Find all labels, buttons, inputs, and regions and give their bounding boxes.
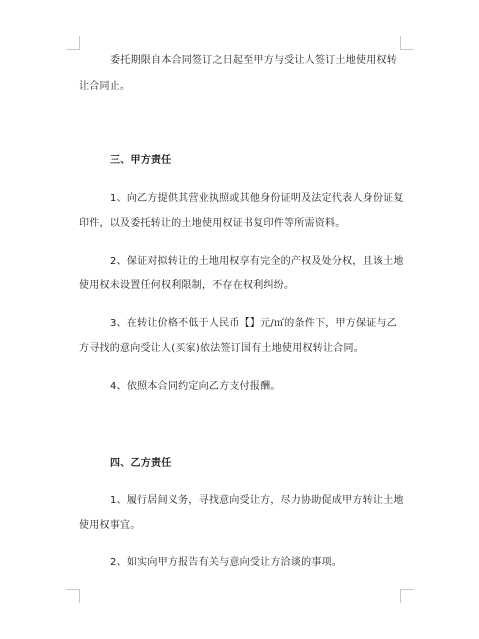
party-a-item-2-line-2: 使用权未设置任何权利限制，不存在权利纠纷。 xyxy=(79,279,401,293)
party-b-item-1-line-1: 1、履行居间义务，寻找意向受让方，尽力协助促成甲方转让土地 xyxy=(110,494,401,508)
party-a-item-3-line-1: 3、在转让价格不低于人民币【】元/㎡的条件下，甲方保证与乙 xyxy=(110,317,401,331)
paragraph-term-line-1: 委托期限自本合同签订之日起至甲方与受让人签订土地使用权转 xyxy=(110,54,401,68)
margin-corner-top-left xyxy=(66,36,80,50)
margin-corner-top-right xyxy=(400,36,414,50)
party-b-item-1-line-2: 使用权事宜。 xyxy=(79,519,401,533)
section-heading-party-b: 四、乙方责任 xyxy=(110,457,401,471)
margin-corner-bottom-left xyxy=(66,589,80,603)
paragraph-term-line-2: 让合同止。 xyxy=(79,80,401,94)
party-a-item-4-line-1: 4、依照本合同约定向乙方支付报酬。 xyxy=(110,380,401,394)
margin-corner-bottom-right xyxy=(400,589,414,603)
section-heading-party-a: 三、甲方责任 xyxy=(110,154,401,168)
party-a-item-2-line-1: 2、保证对拟转让的土地用权享有完全的产权及处分权，且该土地 xyxy=(110,255,401,269)
document-page: 委托期限自本合同签订之日起至甲方与受让人签订土地使用权转 让合同止。 三、甲方责… xyxy=(0,0,479,639)
party-a-item-1-line-1: 1、向乙方提供其营业执照或其他身份证明及法定代表人身份证复 xyxy=(110,192,401,206)
party-b-item-2-line-1: 2、如实向甲方报告有关与意向受让方洽谈的事项。 xyxy=(110,556,401,570)
party-a-item-1-line-2: 印件，以及委托转让的土地使用权证书复印件等所需资料。 xyxy=(79,217,401,231)
party-a-item-3-line-2: 方寻找的意向受让人(买家)依法签订国有土地使用权转让合同。 xyxy=(79,342,401,356)
